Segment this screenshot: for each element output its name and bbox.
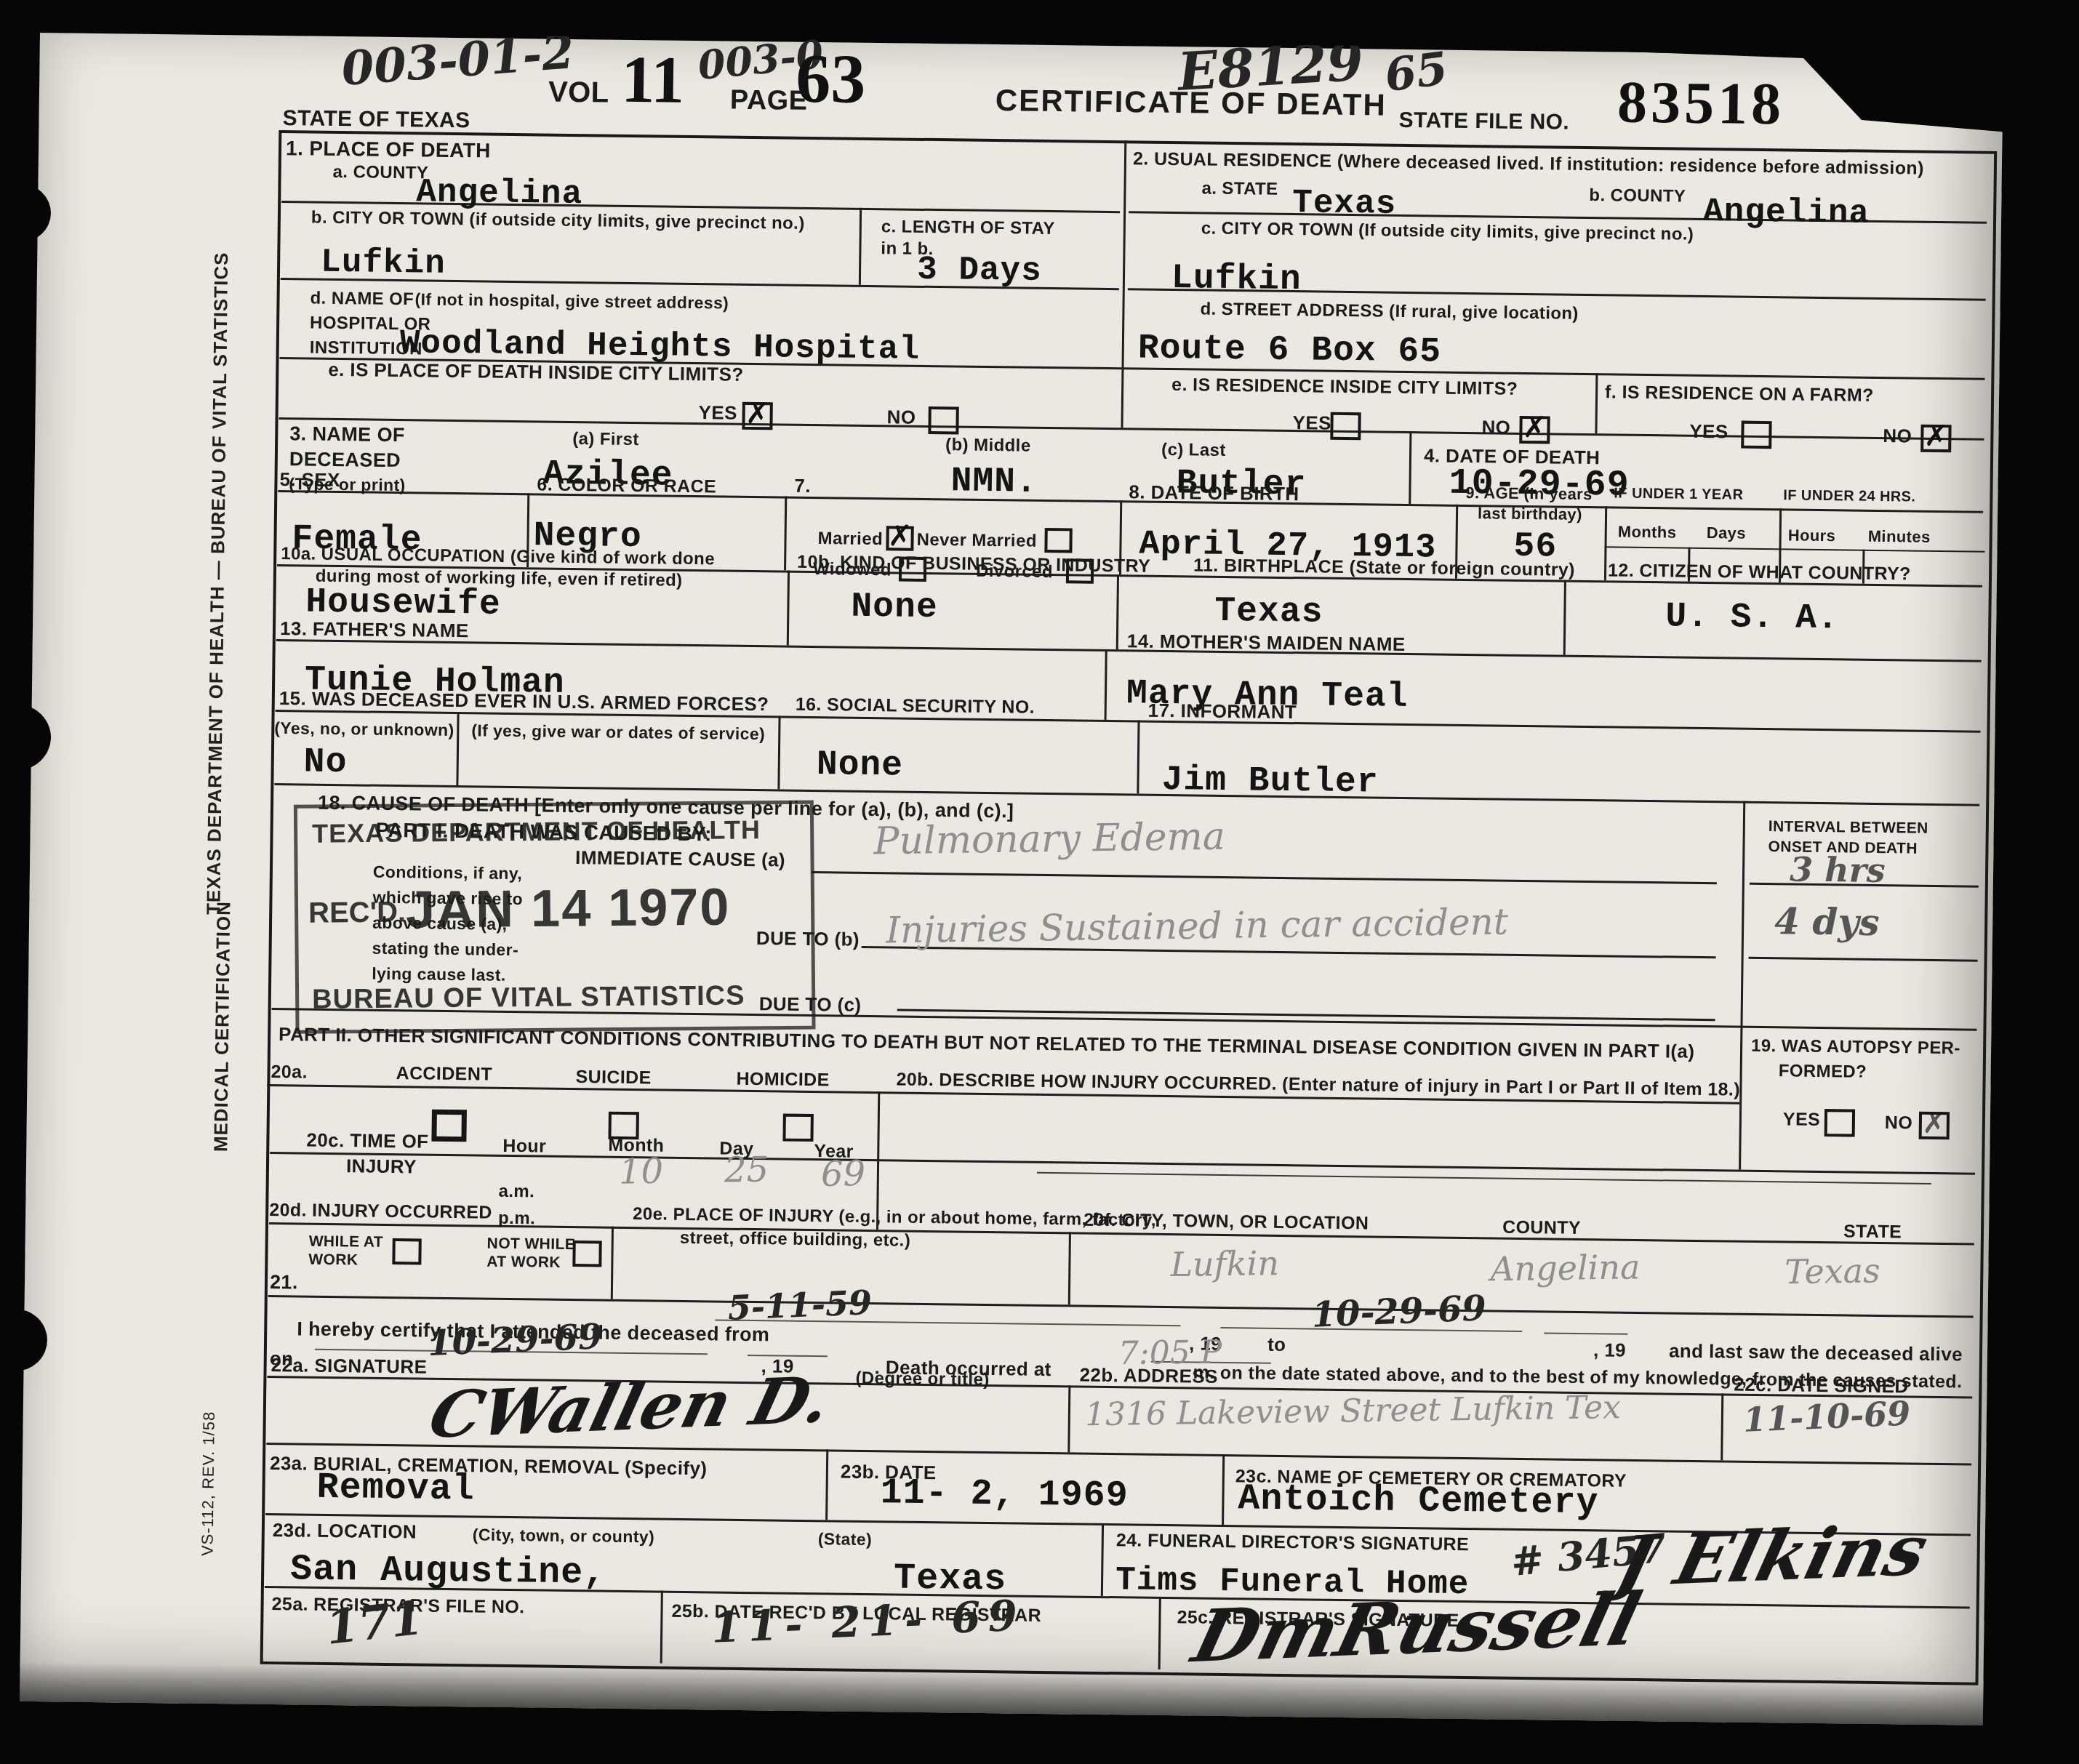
cause-a-value: Pulmonary Edema [873,818,1225,861]
usual-occupation-value: Housewife [305,585,501,622]
injury-state-label: STATE [1843,1222,1902,1241]
street-address-value: Route 6 Box 65 [1138,331,1442,369]
checkbox-death-inside-limits-no [928,406,958,435]
stamp-line1: TEXAS DEPARTMENT OF HEALTH [312,814,761,849]
sidebar-medical-certification-text: MEDICAL CERTIFICATION [209,905,235,1152]
checkbox-not-while-at-work [572,1240,601,1267]
checkbox-homicide [782,1114,813,1142]
place-of-injury-label2: street, office building, etc.) [680,1229,911,1250]
year-19-blank: , 19 [1593,1340,1626,1360]
time-of-injury-label: 20c. TIME OF [306,1131,428,1152]
volume-number: 11 [621,46,685,113]
date-signed-label: 22c. DATE SIGNED [1734,1375,1908,1397]
interval-b-value: 4 dys [1774,903,1880,941]
checkbox-residence-inside-limits-yes [1330,412,1361,441]
hospital-name-hint: (If not in hospital, give street address… [414,290,729,311]
injury-state-value: Texas [1784,1254,1880,1288]
checkbox-residence-on-farm-yes [1741,421,1771,449]
checkbox-residence-on-farm-no: ✗ [1920,425,1951,453]
length-of-stay-label: c. LENGTH OF STAY [881,217,1055,238]
certify-text-2: and last saw the deceased alive [1669,1342,1963,1365]
checkbox-never-married [1044,528,1072,553]
armed-forces-hint1: (Yes, no, or unknown) [274,719,454,739]
burial-date-value: 11- 2, 1969 [880,1475,1129,1515]
vol-label: VOL [548,77,609,108]
cause-b-value: Injuries Sustained in car accident [886,904,1508,949]
pm-label: p.m. [498,1209,535,1228]
checkbox-death-inside-limits-yes: ✗ [742,402,772,430]
to-label: to [1267,1335,1286,1355]
first-name-label: (a) First [572,430,639,449]
middle-name-value: NMN. [950,464,1038,500]
never-married-label: Never Married [916,531,1037,550]
checkbox-married: ✗ [886,526,913,550]
burial-location-hint1: (City, town, or county) [473,1526,655,1545]
marital-status-label: 7. [794,476,811,497]
burial-location-label: 23d. LOCATION [273,1520,417,1542]
length-of-stay-value: 3 Days [917,253,1042,288]
social-security-value: None [816,747,903,783]
date-received-value: 11- 21- 69 [710,1594,1025,1648]
minutes-label: Minutes [1868,528,1931,545]
citizen-label: 12. CITIZEN OF WHAT COUNTRY? [1608,561,1911,583]
yes-label: YES [1783,1110,1821,1129]
checkmark: ✗ [1523,413,1547,442]
attended-to-date: 10-29-69 [1311,1291,1487,1333]
address-label: 22b. ADDRESS [1079,1366,1218,1387]
months-label: Months [1618,524,1677,541]
color-or-race-label: 6. COLOR OR RACE [537,475,716,496]
informant-value: Jim Butler [1161,763,1379,801]
degree-or-title-hint: (Degree or title) [855,1369,989,1389]
burial-location-hint2: (State) [818,1530,873,1548]
checkmark: ✗ [1922,1109,1947,1138]
last-seen-date: 10-29-69 [427,1319,603,1361]
no-label: NO [1883,426,1912,446]
not-while-at-work-label1: NOT WHILE [487,1236,576,1254]
certify-section-number: 21. [270,1272,298,1293]
residence-city-value: Lufkin [1171,261,1302,297]
injury-city-label: 20f. CITY, TOWN, OR LOCATION [1083,1211,1369,1233]
residence-state-value: Texas [1292,186,1397,221]
date-of-birth-label: 8. DATE OF BIRTH [1129,482,1299,504]
residence-inside-limits-label: e. IS RESIDENCE INSIDE CITY LIMITS? [1171,375,1518,398]
birthplace-label: 11. BIRTHPLACE (State or foreign country… [1193,556,1575,580]
checkmark: ✗ [888,521,913,550]
no-label: NO [1481,417,1510,438]
armed-forces-hint2: (If yes, give war or dates of service) [471,721,765,742]
city-value: Lufkin [321,246,446,281]
state-of-texas-label: STATE OF TEXAS [282,107,470,132]
hospital-name-label: d. NAME OF [310,289,414,309]
handwritten-65: 65 [1382,46,1450,98]
if-under-24-hrs-label: IF UNDER 24 HRS. [1783,488,1915,505]
yes-label: YES [699,403,738,423]
county-label: a. COUNTY [333,163,429,183]
kind-of-business-label: 10b. KIND OF BUSINESS OR INDUSTRY [797,553,1150,576]
hour-label: Hour [502,1136,546,1156]
mothers-maiden-name-label: 14. MOTHER'S MAIDEN NAME [1127,631,1406,654]
attended-from-date: 5-11-59 [727,1286,873,1325]
registrar-file-no-value: 171 [324,1595,425,1652]
informant-label: 17. INFORMANT [1148,701,1297,723]
injury-occurred-label: 20d. INJURY OCCURRED [269,1200,492,1222]
interval-label-1: INTERVAL BETWEEN [1768,819,1928,837]
county-value: Angelina [416,175,582,211]
page-number: 63 [796,44,866,114]
age-label2: last birthday) [1478,505,1582,523]
state-file-no-label: STATE FILE NO. [1398,109,1569,134]
while-at-work-label1: WHILE AT [309,1234,384,1251]
checkbox-autopsy-yes [1824,1109,1855,1137]
hours-label: Hours [1788,526,1836,544]
citizen-value: U. S. A. [1665,599,1839,636]
sidebar-form-number: VS-112, REV. 1/58 [198,1396,219,1556]
sidebar-department-text: TEXAS DEPARTMENT OF HEALTH — BUREAU OF V… [202,348,232,915]
certificate-paper: 003-01-2 VOL 11 003-0 PAGE 63 CERTIFICAT… [20,33,2003,1725]
name-of-deceased-label: 3. NAME OF [289,423,405,445]
no-label: NO [1885,1113,1913,1133]
street-address-label: d. STREET ADDRESS (If rural, give locati… [1200,300,1579,324]
not-while-at-work-label2: AT WORK [486,1254,561,1271]
address-value: 1316 Lakeview Street Lufkin Tex [1085,1392,1622,1431]
married-label: Married [817,529,883,548]
birthplace-value: Texas [1214,594,1323,630]
checkmark: ✗ [745,399,770,428]
funeral-director-signature: J Elkins [1611,1515,1934,1597]
injury-county-value: Angelina [1490,1250,1641,1286]
stamp-recd-label: REC'D. [308,897,406,930]
no-label: NO [886,407,916,428]
middle-name-label: (b) Middle [945,436,1031,455]
if-under-1-year-label: IF UNDER 1 YEAR [1614,486,1743,502]
checkmark: ✗ [1923,422,1948,451]
physician-signature: CWallen D. [423,1367,837,1446]
injury-city-value: Lufkin [1170,1246,1279,1281]
received-stamp: TEXAS DEPARTMENT OF HEALTH REC'D. JAN 14… [294,801,816,1034]
fathers-name-label: 13. FATHER'S NAME [280,619,469,641]
residence-state-label: a. STATE [1201,180,1278,199]
days-label: Days [1707,524,1746,542]
social-security-label: 16. SOCIAL SECURITY NO. [796,695,1035,717]
armed-forces-value: No [303,745,347,781]
kind-of-business-value: None [851,590,938,625]
registrar-signature: DmRussell [1187,1583,1648,1673]
funeral-director-label: 24. FUNERAL DIRECTOR'S SIGNATURE [1116,1531,1470,1554]
checkbox-accident [431,1110,467,1142]
last-name-label: (c) Last [1161,441,1226,460]
accident-label: ACCIDENT [396,1064,492,1084]
signature-label: 22a. SIGNATURE [271,1355,427,1377]
state-file-number: 83518 [1617,73,1784,135]
interval-a-value: 3 hrs [1790,852,1886,887]
yes-label: YES [1292,413,1331,433]
year-value: 69 [821,1156,866,1192]
sex-label: 5. SEX [279,470,340,490]
suicide-label: SUICIDE [575,1067,652,1088]
injury-county-label: COUNTY [1502,1218,1581,1238]
autopsy-label-2: FORMED? [1779,1062,1867,1081]
day-value: 25 [724,1152,769,1188]
accident-section-number: 20a. [271,1062,308,1082]
time-of-injury-label2: INJURY [346,1156,417,1176]
checkbox-residence-inside-limits-no: ✗ [1519,416,1550,444]
handwritten-code-left: 003-01-2 [340,29,576,93]
age-label: 9. AGE (In years [1465,484,1593,502]
residence-on-farm-label: f. IS RESIDENCE ON A FARM? [1605,382,1874,405]
cemetery-value: Antoich Cemetery [1238,1481,1599,1522]
month-value: 10 [619,1154,664,1190]
date-signed-value: 11-10-69 [1742,1397,1911,1437]
burial-removal-value: Removal [316,1470,475,1509]
stamp-line3: BUREAU OF VITAL STATISTICS [312,980,745,1015]
burial-location-city: San Augustine, [290,1552,606,1592]
stamp-date: JAN 14 1970 [406,878,731,940]
homicide-label: HOMICIDE [736,1070,830,1090]
autopsy-label-1: 19. WAS AUTOPSY PER- [1751,1037,1960,1058]
checkbox-autopsy-no: ✗ [1919,1112,1950,1140]
place-of-death-title: 1. PLACE OF DEATH [286,137,491,161]
yes-label: YES [1689,422,1729,442]
am-label: a.m. [498,1182,534,1201]
residence-county-value: Angelina [1703,195,1870,230]
residence-county-label: b. COUNTY [1589,186,1686,206]
name-of-deceased-label2: DECEASED [289,449,401,470]
checkbox-while-at-work [392,1238,421,1264]
while-at-work-label2: WORK [308,1252,358,1269]
